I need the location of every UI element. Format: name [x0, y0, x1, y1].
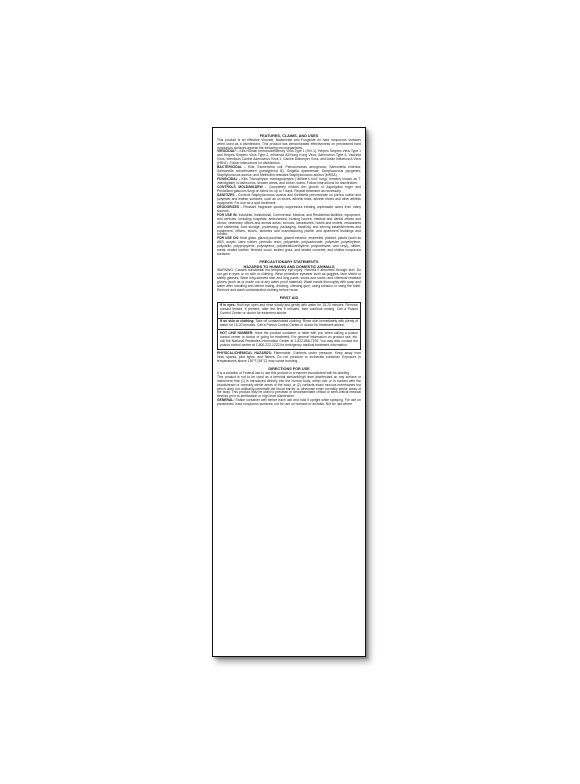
virucidal-text: Kills Human Immunodeficiency Virus Type …: [217, 149, 361, 165]
use-in-claim: FOR USE IN: Industrial, Institutional, C…: [217, 214, 361, 238]
warning-text: WARNING: Causes substantial but temporar…: [217, 269, 361, 293]
first-aid-heading: FIRST AID: [217, 296, 361, 301]
not-sterilant-text: This product is not to be used as a term…: [217, 376, 361, 400]
use-on-text: Most glass, glazed porcelain, glazed cer…: [217, 236, 361, 256]
general-text: Shake container well before each use and…: [217, 398, 361, 406]
product-label-panel: FEATURES, CLAIMS, AND USES This product …: [212, 127, 366, 657]
virucidal-claim: VIRUCIDAL* - Kills Human Immunodeficienc…: [217, 150, 361, 166]
first-aid-section: FIRST AID If in eyes: Hold eye open and …: [217, 296, 361, 350]
use-in-text: Industrial, Institutional, Commercial, M…: [217, 213, 361, 237]
first-aid-skin: If on skin or clothing: Take off contami…: [217, 319, 361, 331]
precautionary-section: PRECAUTIONARY STATEMENTS HAZARDS TO HUMA…: [217, 260, 361, 293]
general-directions: GENERAL: Shake container well before eac…: [217, 399, 361, 407]
directions-section: DIRECTIONS FOR USE It is a violation of …: [217, 367, 361, 407]
use-on-claim: FOR USE ON: Most glass, glazed porcelain…: [217, 237, 361, 257]
first-aid-hotline: HOT LINE NUMBER: Have the product contai…: [217, 330, 361, 350]
eyes-text: Hold eye open and rinse slowly and gentl…: [220, 303, 358, 315]
physical-hazards: PHYSICAL/CHEMICAL HAZARDS: Flammable. Co…: [217, 352, 361, 364]
first-aid-table: If in eyes: Hold eye open and rinse slow…: [217, 302, 361, 351]
first-aid-eyes: If in eyes: Hold eye open and rinse slow…: [217, 302, 361, 319]
sanitizes-text: Controls Staphylococcus aureus and Klebs…: [217, 193, 361, 205]
